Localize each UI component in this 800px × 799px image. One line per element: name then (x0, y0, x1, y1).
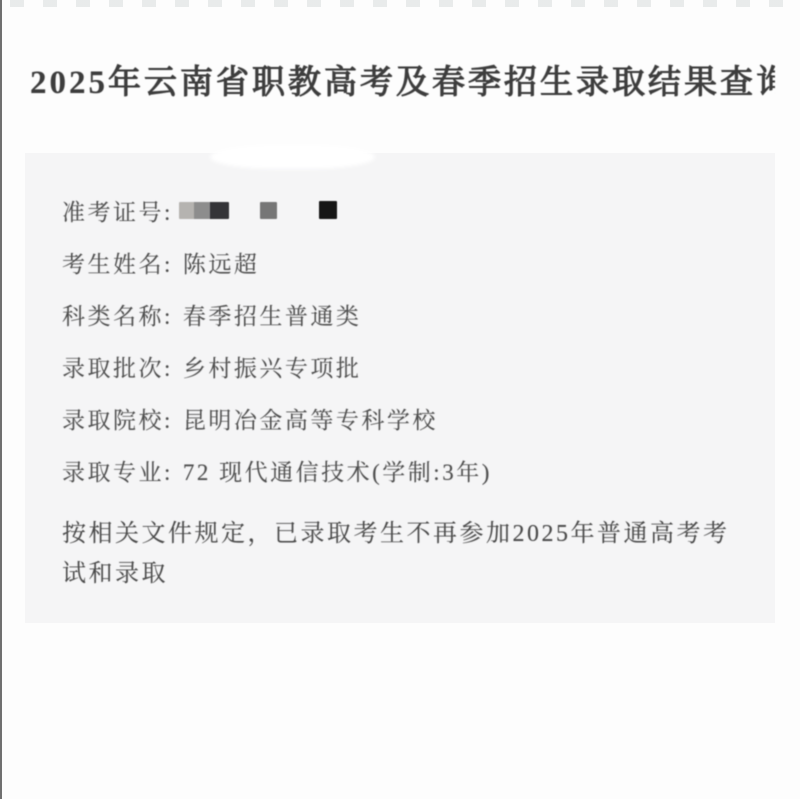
field-value: 乡村振兴专项批 (183, 350, 362, 383)
left-edge-line (0, 0, 2, 799)
redacted-exam-number (179, 201, 337, 219)
notice-text: 按相关文件规定，已录取考生不再参加2025年普通高考考试和录取 (62, 514, 754, 594)
field-value: 72 现代通信技术(学制:3年) (183, 454, 492, 487)
field-row-admission-institution: 录取院校: 昆明冶金高等专科学校 (62, 392, 745, 444)
field-row-exam-ticket-number: 准考证号: (62, 184, 745, 236)
field-value: 昆明冶金高等专科学校 (183, 402, 438, 435)
field-row-admission-batch: 录取批次: 乡村振兴专项批 (62, 340, 745, 392)
field-label: 录取专业: (62, 454, 173, 487)
white-smudge (210, 145, 375, 169)
redaction-block-black (319, 201, 337, 219)
redaction-block-gray (260, 202, 277, 219)
field-row-category-name: 科类名称: 春季招生普通类 (62, 288, 745, 340)
field-label: 准考证号: (62, 194, 173, 227)
field-label: 考生姓名: (62, 246, 173, 279)
field-value: 春季招生普通类 (183, 298, 362, 331)
admission-result-page: 2025年云南省职教高考及春季招生录取结果查询 准考证号: 考生姓名: 陈远超 … (0, 0, 800, 799)
field-label: 科类名称: (62, 298, 173, 331)
field-label: 录取院校: (62, 402, 173, 435)
redaction-block-gradient (179, 202, 229, 219)
cropped-text-remnant (10, 0, 800, 7)
field-value: 陈远超 (183, 246, 260, 279)
page-title: 2025年云南省职教高考及春季招生录取结果查询 (30, 56, 775, 103)
field-row-candidate-name: 考生姓名: 陈远超 (62, 236, 745, 288)
field-label: 录取批次: (62, 350, 173, 383)
field-row-admission-major: 录取专业: 72 现代通信技术(学制:3年) (62, 444, 745, 496)
result-card: 准考证号: 考生姓名: 陈远超 科类名称: 春季招生普通类 录取批次: 乡村振兴… (25, 153, 775, 623)
